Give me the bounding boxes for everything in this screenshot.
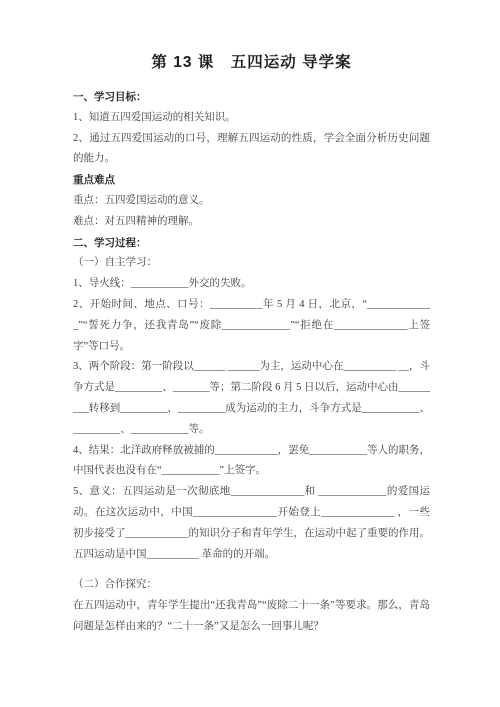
question-5-significance: 5、意义：五四运动是一次彻底地______________和 _________… xyxy=(73,482,430,565)
goals-heading: 一、学习目标： xyxy=(73,87,430,108)
keypoint-difficulty: 难点：对五四精神的理解。 xyxy=(73,212,430,233)
cooperative-heading: （二）合作探究： xyxy=(73,575,430,596)
question-3-two-stages: 3、两个阶段：第一阶段以______ ______为主，运动中心在_______… xyxy=(73,357,430,440)
goal-item-2: 2、通过五四爱国运动的口号，理解五四运动的性质，学会全面分析历史问题的能力。 xyxy=(73,129,430,171)
question-2-time-place-slogans: 2、开始时间、地点、口号：__________年 5 月 4 日，北京，“___… xyxy=(73,295,430,357)
keypoints-heading: 重点难点 xyxy=(73,170,430,191)
cooperative-prompt: 在五四运动中，青年学生提出“还我青岛”“废除二十一条”等要求。那么，青岛问题是怎… xyxy=(73,596,430,638)
page-title: 第 13 课 五四运动 导学案 xyxy=(73,52,430,74)
question-4-result: 4、结果：北洋政府释放被捕的____________，罢免___________… xyxy=(73,441,430,483)
keypoint-focus: 重点：五四爱国运动的意义。 xyxy=(73,191,430,212)
process-heading: 二、学习过程： xyxy=(73,233,430,254)
goal-item-1: 1、知道五四爱国运动的相关知识。 xyxy=(73,108,430,129)
self-study-heading: （一）自主学习： xyxy=(73,253,430,274)
question-1-fuse: 1、导火线：___________外交的失败。 xyxy=(73,274,430,295)
worksheet-page: 第 13 课 五四运动 导学案 一、学习目标： 1、知道五四爱国运动的相关知识。… xyxy=(0,0,500,707)
